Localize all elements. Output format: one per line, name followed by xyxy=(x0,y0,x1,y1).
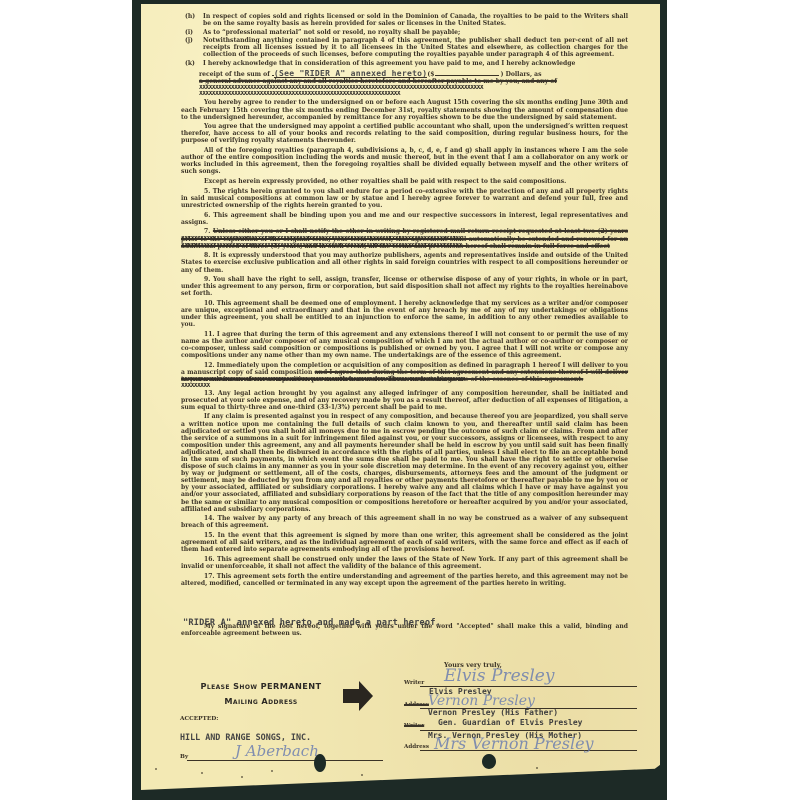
guardian-typed-name: Vernon Presley (His Father) xyxy=(428,708,558,717)
contract-body: (h) In respect of copies sold and rights… xyxy=(181,13,628,590)
paragraph-14: 14. The waiver by any party of any breac… xyxy=(181,515,628,529)
paper-speck xyxy=(241,776,243,778)
paper-speck xyxy=(271,770,273,772)
writer-signature: Elvis Presley xyxy=(444,666,554,686)
paragraph-17: 17. This agreement sets forth the entire… xyxy=(181,573,628,587)
typed-amount: (See "RIDER A" annexed hereto) xyxy=(274,70,428,78)
contract-page: (h) In respect of copies sold and rights… xyxy=(141,4,660,790)
paragraph-6: 6. This agreement shall be binding upon … xyxy=(181,212,628,226)
paragraph-10: 10. This agreement shall be deemed one o… xyxy=(181,300,628,328)
paper-speck xyxy=(155,768,157,770)
paper-speck xyxy=(201,772,203,774)
subparagraph-i: (i) As to “professional material” not so… xyxy=(181,29,628,36)
paper-speck xyxy=(361,774,363,776)
subparagraph-j: (j) Notwithstanding anything contained i… xyxy=(181,37,628,58)
publisher-signature-line xyxy=(187,760,383,761)
guardian-typed-title: Gen. Guardian of Elvis Presley xyxy=(438,718,583,727)
guardian-signature: Vernon Presley xyxy=(428,693,535,709)
mailing-address-notice: Please Show PERMANENT Mailing Address xyxy=(187,679,335,709)
punch-hole xyxy=(482,754,496,769)
writer2-label-struck: Writer xyxy=(404,723,424,729)
paragraph-9: 9. You shall have the right to sell, ass… xyxy=(181,276,628,297)
paragraph-16: 16. This agreement shall be construed on… xyxy=(181,556,628,570)
punch-hole xyxy=(314,754,326,772)
paragraph-5: 5. The rights herein granted to you shal… xyxy=(181,188,628,209)
rider-a-typed-note: "RIDER A" annexed hereto and made a part… xyxy=(183,618,441,628)
paragraph-8: 8. It is expressly understood that you m… xyxy=(181,252,628,273)
paragraph-7-struck: 7. Unless either you or I shall notify t… xyxy=(181,228,628,249)
paragraph-accountant: You agree that the undersigned may appoi… xyxy=(181,123,628,144)
subparagraph-k: (k) I hereby acknowledge that in conside… xyxy=(181,60,628,67)
paragraph-no-other-royalties: Except as herein expressly provided, no … xyxy=(181,178,628,185)
mother-signature: Mrs Vernon Presley xyxy=(434,734,594,753)
publisher-name: HILL AND RANGE SONGS, INC. xyxy=(180,732,311,742)
paragraph-statements: You hereby agree to render to the unders… xyxy=(181,99,628,120)
paragraph-13: 13. Any legal action brought by you agai… xyxy=(181,390,628,411)
paragraph-15: 15. In the event that this agreement is … xyxy=(181,532,628,553)
paragraph-12: 12. Immediately upon the completion or a… xyxy=(181,362,628,383)
paragraph-11: 11. I agree that during the term of this… xyxy=(181,331,628,359)
publisher-signature: J Aberbach xyxy=(235,742,319,760)
paragraph-claims: If any claim is presented against you in… xyxy=(181,413,628,512)
arrow-right-icon xyxy=(343,681,373,711)
receipt-line: receipt of the sum of (See "RIDER A" ann… xyxy=(181,70,628,78)
accepted-label: ACCEPTED: xyxy=(180,716,218,722)
struck-advance-clause: a general advance against any and all ro… xyxy=(181,78,628,98)
subparagraph-h: (h) In respect of copies sold and rights… xyxy=(181,13,628,27)
paper-speck xyxy=(536,767,538,769)
paragraph-royalty-division: All of the foregoing royalties (paragrap… xyxy=(181,147,628,175)
